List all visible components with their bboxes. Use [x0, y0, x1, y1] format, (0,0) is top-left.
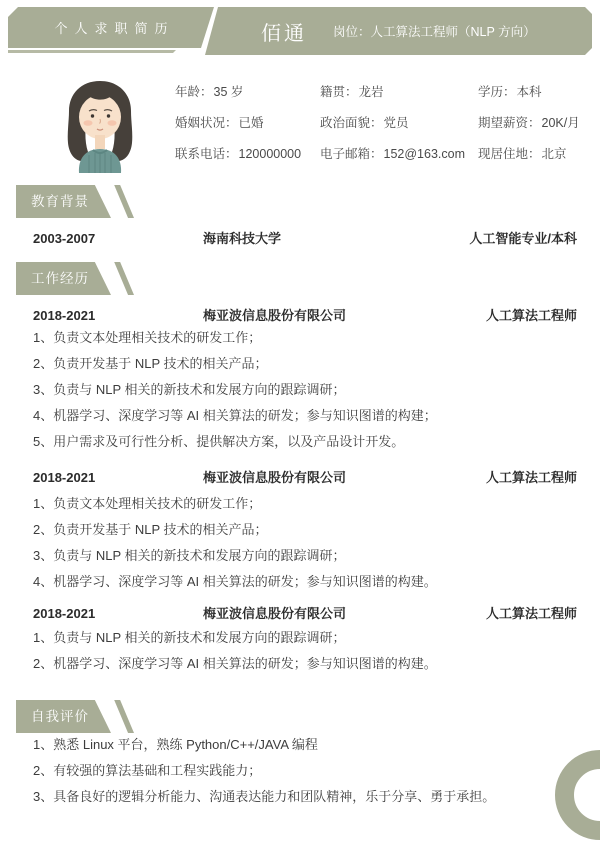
field-degree: 学历：本科: [478, 85, 580, 99]
section-title-self-evaluation: 自我评价: [16, 700, 111, 733]
job-company: 梅亚波信息股份有限公司: [203, 603, 407, 622]
resume-page: { "header": { "tab_title": "个人求职简历", "na…: [0, 0, 600, 848]
section-badge-self-evaluation: 自我评价: [16, 700, 156, 733]
candidate-name: 佰通: [261, 17, 307, 46]
field-salary: 期望薪资：20K/月: [478, 116, 580, 130]
self-evaluation-list: 1、熟悉 Linux 平台，熟练 Python/C++/JAVA 编程 2、有较…: [33, 738, 577, 804]
resume-header-tab: 个人求职简历: [8, 7, 214, 48]
job-title: 人工算法工程师: [407, 603, 577, 622]
education-major: 人工智能专业/本科: [407, 228, 577, 247]
field-age-label: 年龄：: [175, 85, 213, 99]
job-bullet: 3、负责与 NLP 相关的新技术和发展方向的跟踪调研；: [33, 549, 577, 563]
field-hometown: 籍贯：龙岩: [320, 85, 465, 99]
field-marital-value: 已婚: [239, 116, 264, 130]
field-phone-label: 联系电话：: [175, 147, 238, 161]
job-bullet: 4、机器学习、深度学习等 AI 相关算法的研发；参与知识图谱的构建。: [33, 575, 577, 589]
job-period: 2018-2021: [33, 606, 203, 621]
field-phone: 联系电话：120000000: [175, 147, 301, 161]
job-bullet: 2、负责开发基于 NLP 技术的相关产品；: [33, 357, 577, 371]
profile-column-1: 年龄：35 岁 婚姻状况：已婚 联系电话：120000000: [175, 85, 301, 161]
field-degree-value: 本科: [517, 85, 542, 99]
field-age: 年龄：35 岁: [175, 85, 301, 99]
job-company: 梅亚波信息股份有限公司: [203, 305, 407, 324]
job-bullet: 2、机器学习、深度学习等 AI 相关算法的研发；参与知识图谱的构建。: [33, 657, 577, 671]
job-bullet-list: 1、负责文本处理相关技术的研发工作； 2、负责开发基于 NLP 技术的相关产品；…: [33, 497, 577, 589]
job-bullet: 2、负责开发基于 NLP 技术的相关产品；: [33, 523, 577, 537]
section-badge-education: 教育背景: [16, 185, 156, 218]
job-bullet: 1、负责文本处理相关技术的研发工作；: [33, 331, 577, 345]
avatar: [59, 77, 141, 173]
header-underline-stripe: [8, 50, 176, 53]
job-bullet-list: 1、负责与 NLP 相关的新技术和发展方向的跟踪调研； 2、机器学习、深度学习等…: [33, 631, 577, 671]
job-header-row: 2018-2021 梅亚波信息股份有限公司 人工算法工程师: [33, 603, 577, 622]
self-evaluation-bullet: 3、具备良好的逻辑分析能力、沟通表达能力和团队精神，乐于分享、勇于承担。: [33, 790, 577, 804]
profile-column-2: 籍贯：龙岩 政治面貌：党员 电子邮箱：152@163.com: [320, 85, 465, 161]
resume-header-bar: 佰通 岗位：人工算法工程师（NLP 方向）: [205, 7, 592, 55]
education-school: 海南科技大学: [203, 228, 407, 247]
job-company: 梅亚波信息股份有限公司: [203, 467, 407, 486]
field-age-value: 35 岁: [214, 85, 244, 99]
job-bullet: 1、负责与 NLP 相关的新技术和发展方向的跟踪调研；: [33, 631, 577, 645]
field-salary-value: 20K/月: [542, 116, 580, 130]
job-header-row: 2018-2021 梅亚波信息股份有限公司 人工算法工程师: [33, 467, 577, 486]
self-evaluation-bullet: 1、熟悉 Linux 平台，熟练 Python/C++/JAVA 编程: [33, 738, 577, 752]
field-marital: 婚姻状况：已婚: [175, 116, 301, 130]
field-political-value: 党员: [384, 116, 409, 130]
field-email-label: 电子邮箱：: [320, 147, 383, 161]
job-bullet-list: 1、负责文本处理相关技术的研发工作； 2、负责开发基于 NLP 技术的相关产品；…: [33, 331, 577, 449]
section-title-education: 教育背景: [16, 185, 111, 218]
job-title: 人工算法工程师: [407, 467, 577, 486]
field-political-label: 政治面貌：: [320, 116, 383, 130]
field-hometown-label: 籍贯：: [320, 85, 358, 99]
field-salary-label: 期望薪资：: [478, 116, 541, 130]
job-period: 2018-2021: [33, 308, 203, 323]
field-email: 电子邮箱：152@163.com: [320, 147, 465, 161]
job-bullet: 5、用户需求及可行性分析、提供解决方案，以及产品设计开发。: [33, 435, 577, 449]
job-header-row: 2018-2021 梅亚波信息股份有限公司 人工算法工程师: [33, 305, 577, 324]
target-position: 岗位：人工算法工程师（NLP 方向）: [333, 22, 536, 40]
field-city: 现居住地：北京: [478, 147, 580, 161]
education-row: 2003-2007 海南科技大学 人工智能专业/本科: [33, 228, 577, 247]
resume-tab-title: 个人求职简历: [47, 18, 174, 37]
field-marital-label: 婚姻状况：: [175, 116, 238, 130]
job-bullet: 1、负责文本处理相关技术的研发工作；: [33, 497, 577, 511]
field-hometown-value: 龙岩: [359, 85, 384, 99]
field-degree-label: 学历：: [478, 85, 516, 99]
field-phone-value: 120000000: [239, 147, 302, 161]
section-badge-work: 工作经历: [16, 262, 156, 295]
section-title-work: 工作经历: [16, 262, 111, 295]
field-city-value: 北京: [542, 147, 567, 161]
field-email-value: 152@163.com: [384, 147, 466, 161]
job-period: 2018-2021: [33, 470, 203, 485]
job-title: 人工算法工程师: [407, 305, 577, 324]
job-bullet: 3、负责与 NLP 相关的新技术和发展方向的跟踪调研；: [33, 383, 577, 397]
profile-column-3: 学历：本科 期望薪资：20K/月 现居住地：北京: [478, 85, 580, 161]
field-political: 政治面貌：党员: [320, 116, 465, 130]
education-period: 2003-2007: [33, 231, 203, 246]
self-evaluation-bullet: 2、有较强的算法基础和工程实践能力；: [33, 764, 577, 778]
job-bullet: 4、机器学习、深度学习等 AI 相关算法的研发；参与知识图谱的构建；: [33, 409, 577, 423]
field-city-label: 现居住地：: [478, 147, 541, 161]
